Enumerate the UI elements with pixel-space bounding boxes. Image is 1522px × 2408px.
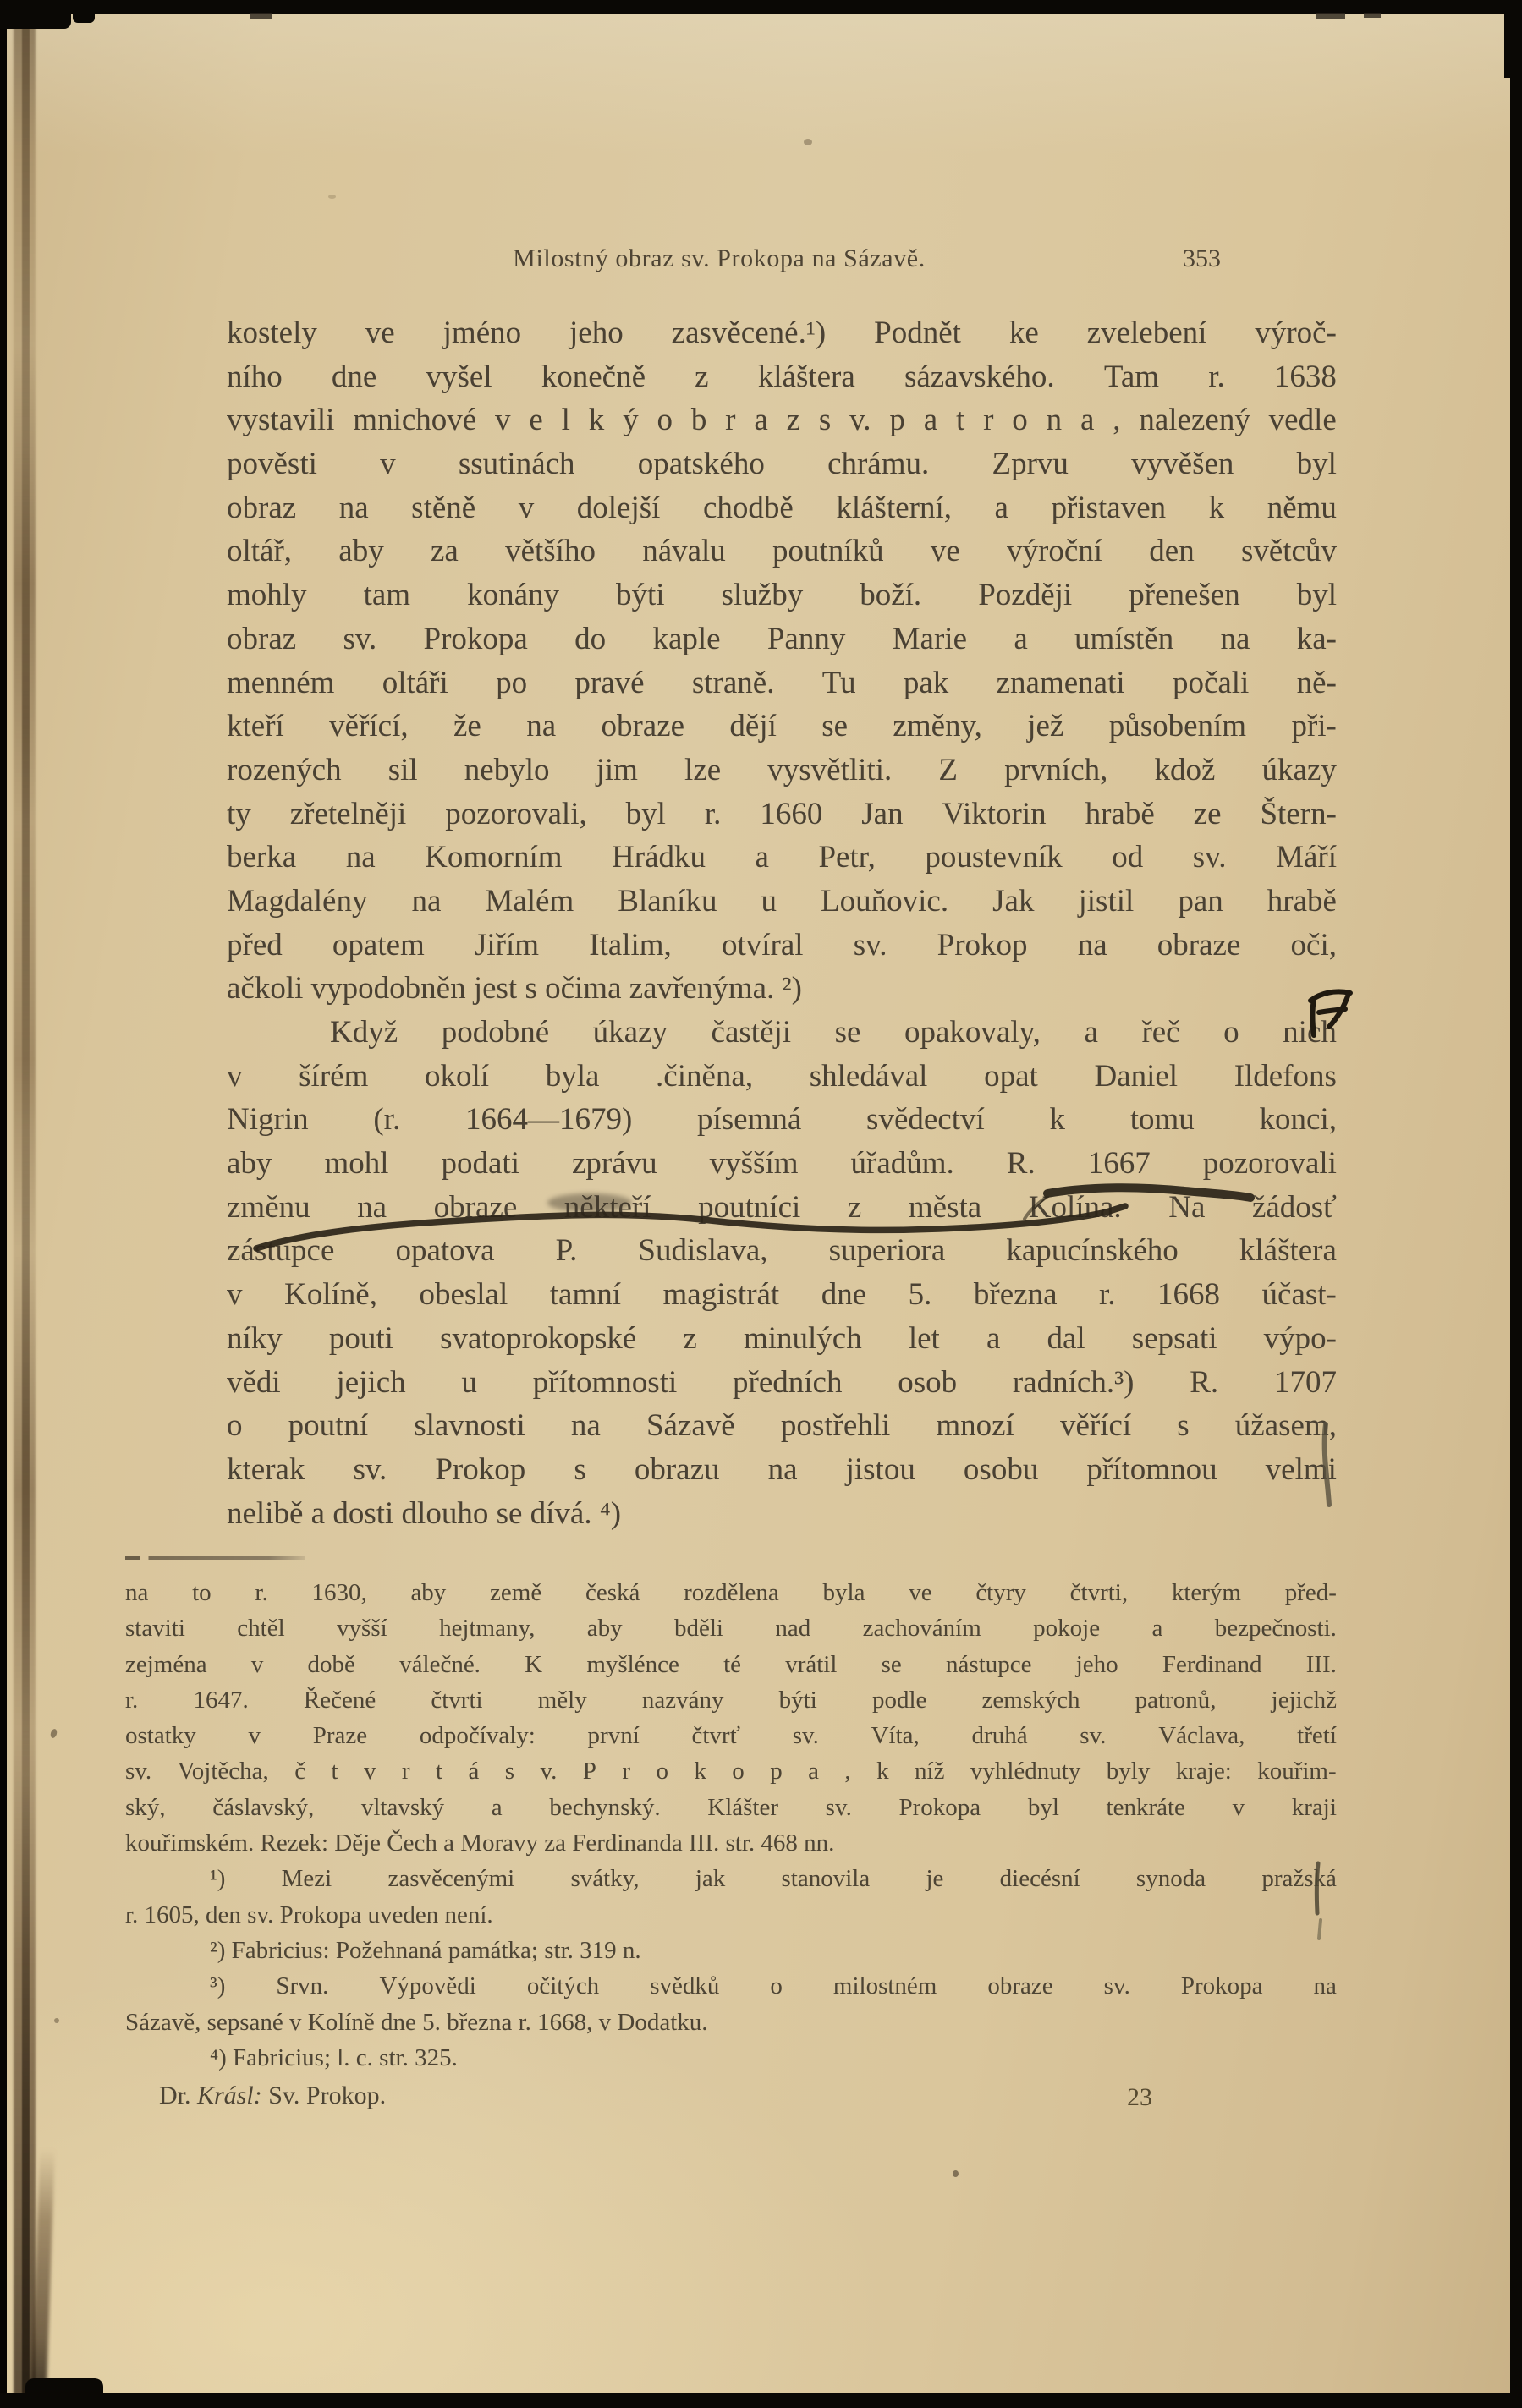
body-text-line: všírémokolíbyla.činěna,shledávalopatDani… (227, 1055, 1337, 1099)
paper-speck (328, 195, 336, 199)
body-text-line: vystavilimnichovévelkýobrazsv.patrona,na… (227, 398, 1337, 442)
body-text-line: mohlytamkonánybýtislužbyboží.Pozdějipřen… (227, 573, 1337, 617)
footnote-line: ský,čáslavský,vltavskýabechynský.Klášter… (125, 1790, 1337, 1825)
scan-border-top (0, 0, 1522, 14)
body-text-line: rozenýchsilnebylojimlzevysvětliti.Zprvní… (227, 749, 1337, 793)
running-header-title: Milostný obraz sv. Prokopa na Sázavě. (364, 243, 1074, 275)
body-text-line: Kdyžpodobnéúkazyčastějiseopakovaly,ařečo… (227, 1011, 1337, 1055)
body-text-line: obrazsv.ProkopadokaplePannyMarieaumístěn… (227, 617, 1337, 661)
footnote-line: kouřimském. Rezek: Děje Čech a Moravy za… (125, 1825, 1337, 1861)
body-text-line: tyzřetelnějipozorovali,bylr.1660JanVikto… (227, 793, 1337, 836)
scan-corner-top-left-nub (73, 0, 95, 23)
footnote-line: Sázavě, sepsané v Kolíně dne 5. března r… (125, 2005, 1337, 2040)
body-text-line: oltář,abyzavětšíhonávalupoutníkůvevýročn… (227, 529, 1337, 573)
body-text-line: mennémoltářipopravéstraně.Tupakznamenati… (227, 661, 1337, 705)
footnote-line: ⁴) Fabricius; l. c. str. 325. (125, 2040, 1337, 2076)
footnote-line: r. 1605, den sv. Prokopa uveden není. (125, 1897, 1337, 1933)
body-text-line: opoutníslavnostinaSázavěpostřehlimnozívě… (227, 1404, 1337, 1448)
body-paragraphs: kostelyvejménojehozasvěcené.¹)Podnětkezv… (227, 311, 1337, 1535)
scan-corner-top-left (0, 0, 71, 29)
signature-prefix: Dr. (159, 2082, 197, 2109)
paper-speck (54, 2018, 59, 2023)
footnote-line: ²) Fabricius: Požehnaná památka; str. 31… (125, 1933, 1337, 1968)
sheet-number: 23 (1127, 2080, 1152, 2115)
scan-corner-top-right (1504, 0, 1522, 78)
signature-work: Sv. Prokop. (262, 2082, 386, 2109)
scan-border-bottom (0, 2393, 1522, 2408)
body-text-line: předopatemJiřímItalim,otvíralsv.Prokopna… (227, 924, 1337, 968)
body-text-line: kteřívěřící,ženaobrazedějísezměny,ježpůs… (227, 705, 1337, 749)
printer-signature: Dr. Krásl: Sv. Prokop. (159, 2078, 386, 2114)
body-text-line: kteraksv.Prokopsobrazunajistouosobupříto… (227, 1448, 1337, 1492)
footnote-separator (125, 1556, 305, 1560)
scan-border-bottom-left-bump (25, 2378, 103, 2408)
scan-border-right (1510, 0, 1522, 2408)
body-text-line: níkypoutisvatoprokopskézminulýchletadals… (227, 1317, 1337, 1361)
body-text-line: MagdalénynaMalémBlaníkuuLouňovic.Jakjist… (227, 880, 1337, 924)
body-text-line: nelibě a dosti dlouho se dívá. ⁴) (227, 1492, 1337, 1536)
body-text-line: níhodnevyšelkonečnězklášterasázavského.T… (227, 355, 1337, 399)
body-text-line: změnunaobrazeněkteřípoutnícizměstaKolína… (227, 1186, 1337, 1230)
body-text-line: zástupceopatovaP.Sudislava,superiorakapu… (227, 1229, 1337, 1273)
footnote-line: ³)Srvn.Výpovědiočitýchsvědkůomilostnémob… (125, 1968, 1337, 2004)
paper-speck (953, 2170, 959, 2177)
page-number: 353 (1183, 243, 1259, 275)
body-text-line: pověstivssutináchopatskéhochrámu.Zprvuvy… (227, 442, 1337, 486)
footnote-line: stavitichtělvyššíhejtmany,abybdělinadzac… (125, 1610, 1337, 1646)
footnote-line: ¹)Mezizasvěcenýmisvátky,jakstanovilajedi… (125, 1861, 1337, 1896)
body-text-line: kostelyvejménojehozasvěcené.¹)Podnětkezv… (227, 311, 1337, 355)
body-text-line: abymohlpodatizprávuvyššímúřadům.R.1667po… (227, 1142, 1337, 1186)
footnote-line: sv.Vojtěcha,čtvrtásv.Prokopa,knížvyhlédn… (125, 1753, 1337, 1789)
body-text-line: ačkoli vypodobněn jest s očima zavřenýma… (227, 967, 1337, 1011)
scan-edge-tick (250, 13, 272, 19)
scanned-book-page: Milostný obraz sv. Prokopa na Sázavě. 35… (0, 0, 1522, 2408)
body-text-line: Nigrin(r.1664—1679)písemnásvědectvíktomu… (227, 1098, 1337, 1142)
gutter-crease-core (22, 12, 30, 2394)
signature-author: Krásl: (197, 2082, 262, 2109)
body-text-line: berkanaKomornímHrádkuaPetr,poustevníkods… (227, 836, 1337, 880)
scan-edge-tick (1364, 13, 1381, 18)
footnote-line: r.1647.Řečenéčtvrtimělynazványbýtipodlez… (125, 1682, 1337, 1718)
footnote-line: ostatkyvPrazeodpočívaly:prvníčtvrťsv.Vít… (125, 1718, 1337, 1753)
footnote-line: zejménavdoběválečné.Kmyšléncetévrátilsen… (125, 1647, 1337, 1682)
footnotes: nator.1630,abyzeměčeskározdělenabylavečt… (125, 1575, 1337, 2076)
footnote-line: nator.1630,abyzeměčeskározdělenabylavečt… (125, 1575, 1337, 1610)
paper-speck (804, 139, 812, 145)
scan-edge-tick (1316, 13, 1345, 19)
body-text-line: vKolíně,obeslaltamnímagistrátdne5.března… (227, 1273, 1337, 1317)
body-text-line: vědijejichupřítomnostipředníchosobradníc… (227, 1361, 1337, 1405)
body-text-line: obraznastěněvdolejšíchodběklášterní,apři… (227, 486, 1337, 530)
